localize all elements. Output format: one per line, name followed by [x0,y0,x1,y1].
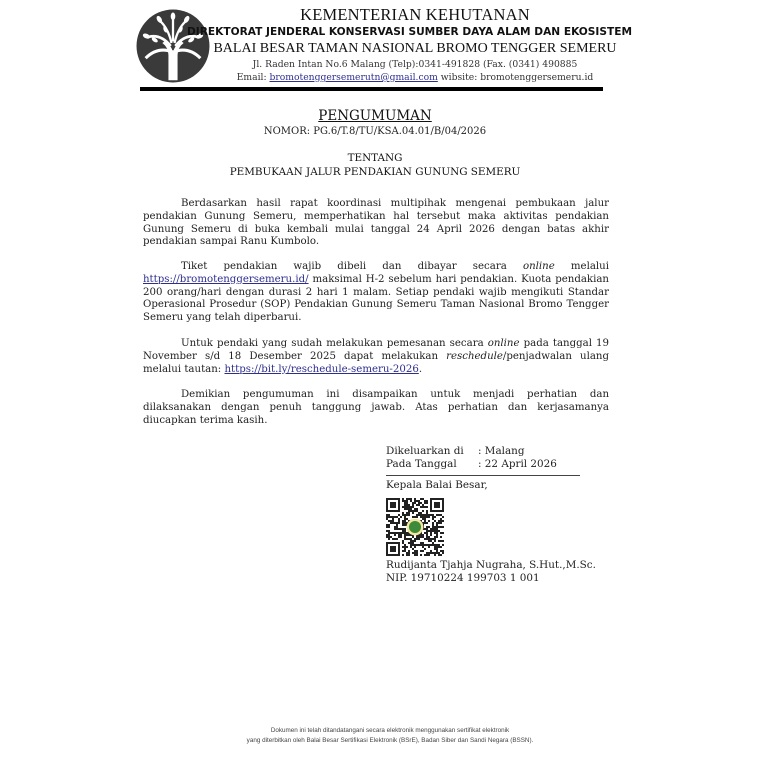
signature-divider [386,475,580,476]
text-italic: online [488,338,520,349]
paragraph-reschedule: Untuk pendaki yang sudah melakukan pemes… [143,338,609,376]
letterhead: KEMENTERIAN KEHUTANAN DIREKTORAT JENDERA… [205,5,625,84]
letterhead-divider [140,87,603,91]
text-span: Untuk pendaki yang sudah melakukan pemes… [181,338,488,349]
office-name: BALAI BESAR TAMAN NASIONAL BROMO TENGGER… [205,40,625,58]
directorate-name: DIREKTORAT JENDERAL KONSERVASI SUMBER DA… [187,25,625,40]
booking-site-link[interactable]: https://bromotenggersemeru.id/ [143,274,309,285]
text-span: melalui [555,261,609,272]
document-number: NOMOR: PG.6/T.8/TU/KSA.04.01/B/04/2026 [140,125,610,138]
document-subject: PEMBUKAAN JALUR PENDAKIAN GUNUNG SEMERU [140,165,610,179]
qr-code-signature-icon [386,498,444,556]
issued-at-label: Dikeluarkan di [386,445,478,458]
announcement-page: KEMENTERIAN KEHUTANAN DIREKTORAT JENDERA… [0,0,780,768]
office-address: Jl. Raden Intan No.6 Malang (Telp):0341-… [205,58,625,71]
date-row: Pada Tanggal : 22 April 2026 [386,458,616,471]
title-block: PENGUMUMAN NOMOR: PG.6/T.8/TU/KSA.04.01/… [140,108,610,179]
ministry-name: KEMENTERIAN KEHUTANAN [205,5,625,25]
about-label: TENTANG [140,151,610,165]
text-italic: reschedule [446,351,503,362]
signer-name: Rudijanta Tjahja Nugraha, S.Hut.,M.Sc. [386,559,616,572]
reschedule-link[interactable]: https://bit.ly/reschedule-semeru-2026 [224,364,418,375]
signer-nip: NIP. 19710224 199703 1 001 [386,572,616,585]
email-label: Email: [237,72,270,83]
contact-line: Email: bromotenggersemerutn@gmail.com wi… [205,71,625,84]
issued-at-row: Dikeluarkan di : Malang [386,445,616,458]
website-text: bromotenggersemeru.id [480,72,593,83]
email-link[interactable]: bromotenggersemerutn@gmail.com [269,72,437,83]
signature-block: Dikeluarkan di : Malang Pada Tanggal : 2… [386,445,616,585]
date-label: Pada Tanggal [386,458,478,471]
text-span: Tiket pendakian wajib dibeli dan dibayar… [181,261,523,272]
issued-at-value: : Malang [478,445,525,458]
paragraph-ticket-info: Tiket pendakian wajib dibeli dan dibayar… [143,261,609,325]
document-title: PENGUMUMAN [140,108,610,125]
date-value: : 22 April 2026 [478,458,557,471]
text-italic: online [523,261,555,272]
paragraph-closing: Demikian pengumuman ini disampaikan untu… [143,389,609,427]
signer-position: Kepala Balai Besar, [386,479,616,492]
text-span: . [419,364,422,375]
paragraph-opening: Berdasarkan hasil rapat koordinasi multi… [143,198,609,249]
forestry-tree-emblem-icon [135,8,211,84]
e-signature-notice: Dokumen ini telah ditandatangani secara … [140,726,640,746]
notice-line-2: yang diterbitkan oleh Balai Besar Sertif… [140,736,640,746]
website-label: wibsite: [438,72,480,83]
notice-line-1: Dokumen ini telah ditandatangani secara … [140,726,640,736]
